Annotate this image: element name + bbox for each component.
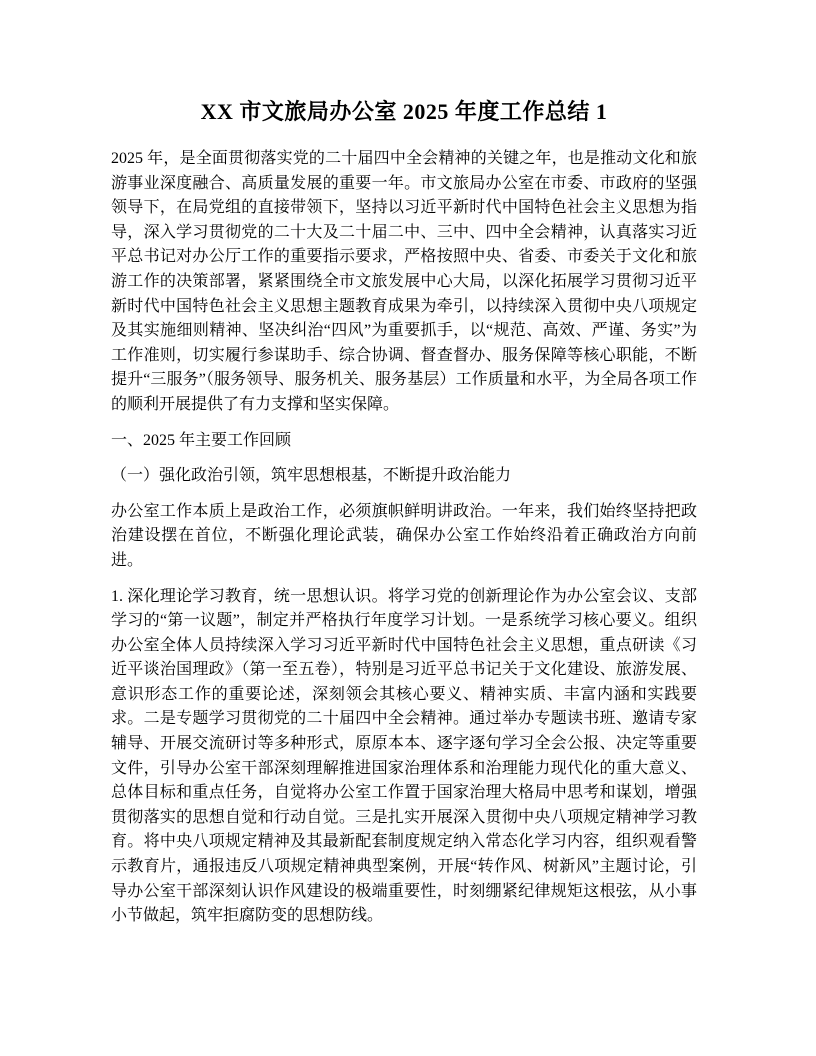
paragraph-theory-learning: 1. 深化理论学习教育，统一思想认识。将学习党的创新理论作为办公室会议、支部学习… bbox=[111, 585, 697, 929]
document-page: XX 市文旅局办公室 2025 年度工作总结 1 2025 年，是全面贯彻落实党… bbox=[0, 0, 816, 1056]
document-title: XX 市文旅局办公室 2025 年度工作总结 1 bbox=[111, 97, 697, 126]
paragraph-political-work: 办公室工作本质上是政治工作，必须旗帜鲜明讲政治。一年来，我们始终坚持把政治建设摆… bbox=[111, 500, 697, 574]
subsection-heading-political-leadership: （一）强化政治引领，筑牢思想根基，不断提升政治能力 bbox=[111, 464, 697, 489]
section-heading-2025-review: 一、2025 年主要工作回顾 bbox=[111, 429, 697, 454]
intro-paragraph: 2025 年，是全面贯彻落实党的二十届四中全会精神的关键之年，也是推动文化和旅游… bbox=[111, 147, 697, 418]
